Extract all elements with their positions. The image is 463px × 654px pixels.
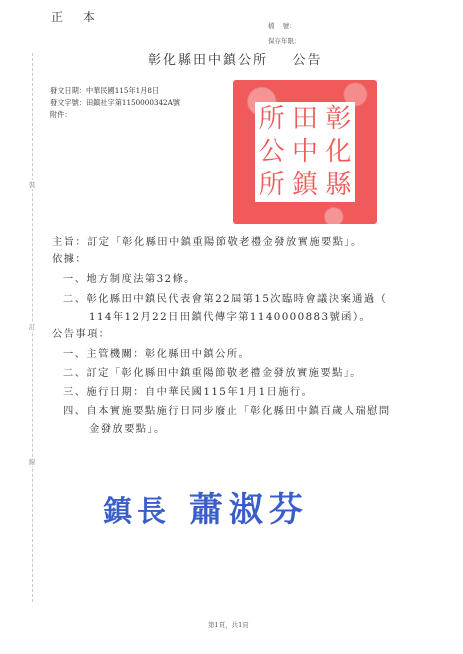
document-title: 彰化縣田中鎮公所 公告 (148, 49, 323, 68)
header-fields: 發文日期：中華民國115年1月8日 發文字號：田鎮社字第1150000342A號… (50, 85, 180, 121)
binding-mark-ding: 訂 (26, 322, 38, 331)
seal-char: 縣 (322, 169, 355, 202)
notice-item-text: 主管機關：彰化縣田中鎮公所。 (86, 348, 250, 360)
seal-char: 公 (255, 135, 288, 168)
seal-char: 田 (288, 102, 321, 135)
seal-char: 所 (255, 102, 288, 135)
notice-item-num: 四、 (63, 405, 86, 417)
binding-mark-xian: 線 (26, 457, 38, 466)
notice-item-num: 二、 (63, 367, 86, 379)
issue-date-label: 發文日期： (50, 86, 86, 95)
notice-item-4: 四、自本實施要點施行日同步廢止「彰化縣田中鎮百歲人瑞慰問 (63, 402, 391, 417)
notice-item-num: 三、 (63, 386, 86, 398)
copy-mark: 正 本 (51, 8, 103, 25)
retention-period-label: 保存年限： (268, 36, 301, 45)
notice-label: 公告事項： (52, 325, 110, 340)
basis-label: 依據： (52, 250, 87, 265)
signature-title: 鎮長 (103, 494, 171, 528)
seal-char: 中 (288, 135, 321, 168)
signature-name: 蕭淑芬 (189, 490, 309, 530)
official-seal-stamp: 所 田 彰 公 中 化 所 鎮 縣 (233, 80, 377, 224)
notice-item-text: 施行日期：自中華民國115年1月1日施行。 (86, 386, 313, 398)
basis-item-num: 二、 (63, 293, 86, 305)
attachment-label: 附件： (50, 110, 72, 119)
basis-item-text: 地方制度法第32條。 (86, 273, 195, 285)
basis-item-text: 彰化縣田中鎮民代表會第22屆第15次臨時會議決案通過（ (86, 293, 387, 305)
subject-label: 主旨： (52, 236, 87, 248)
document-number-label: 發文字號： (50, 98, 86, 107)
notice-item-1: 一、主管機關：彰化縣田中鎮公所。 (63, 345, 250, 360)
issue-date-value: 中華民國115年1月8日 (86, 86, 159, 95)
file-number-label: 檔 號： (268, 21, 296, 30)
subject-text: 訂定「彰化縣田中鎮重陽節敬老禮金發放實施要點」。 (87, 236, 363, 248)
binding-mark-zhuang: 裝 (26, 180, 38, 189)
seal-inner: 所 田 彰 公 中 化 所 鎮 縣 (255, 102, 355, 202)
attachment-row: 附件： (50, 109, 180, 121)
seal-char: 化 (322, 135, 355, 168)
basis-item-2-continued: 114年12月22日田鎮代傳字第1140000883號函）。 (89, 308, 371, 323)
mayor-signature-stamp: 鎮長 蕭淑芬 (103, 482, 309, 531)
basis-item-num: 一、 (63, 273, 86, 285)
page-number: 第1頁，共1頁 (208, 620, 249, 629)
notice-item-text: 自本實施要點施行日同步廢止「彰化縣田中鎮百歲人瑞慰問 (86, 405, 390, 417)
basis-item-2: 二、彰化縣田中鎮民代表會第22屆第15次臨時會議決案通過（ (63, 290, 387, 305)
basis-item-1: 一、地方制度法第32條。 (63, 270, 196, 285)
seal-char: 所 (255, 169, 288, 202)
seal-char: 彰 (322, 102, 355, 135)
notice-item-num: 一、 (63, 348, 86, 360)
notice-item-4-continued: 金發放要點」。 (89, 420, 166, 435)
issue-date-row: 發文日期：中華民國115年1月8日 (50, 85, 180, 97)
subject-line: 主旨：訂定「彰化縣田中鎮重陽節敬老禮金發放實施要點」。 (52, 233, 363, 248)
notice-item-3: 三、施行日期：自中華民國115年1月1日施行。 (63, 383, 313, 398)
document-number-row: 發文字號：田鎮社字第1150000342A號 (50, 97, 180, 109)
document-number-value: 田鎮社字第1150000342A號 (86, 98, 180, 107)
notice-item-2: 二、訂定「彰化縣田中鎮重陽節敬老禮金發放實施要點」。 (63, 364, 362, 379)
seal-char: 鎮 (288, 169, 321, 202)
notice-item-text: 訂定「彰化縣田中鎮重陽節敬老禮金發放實施要點」。 (86, 367, 362, 379)
